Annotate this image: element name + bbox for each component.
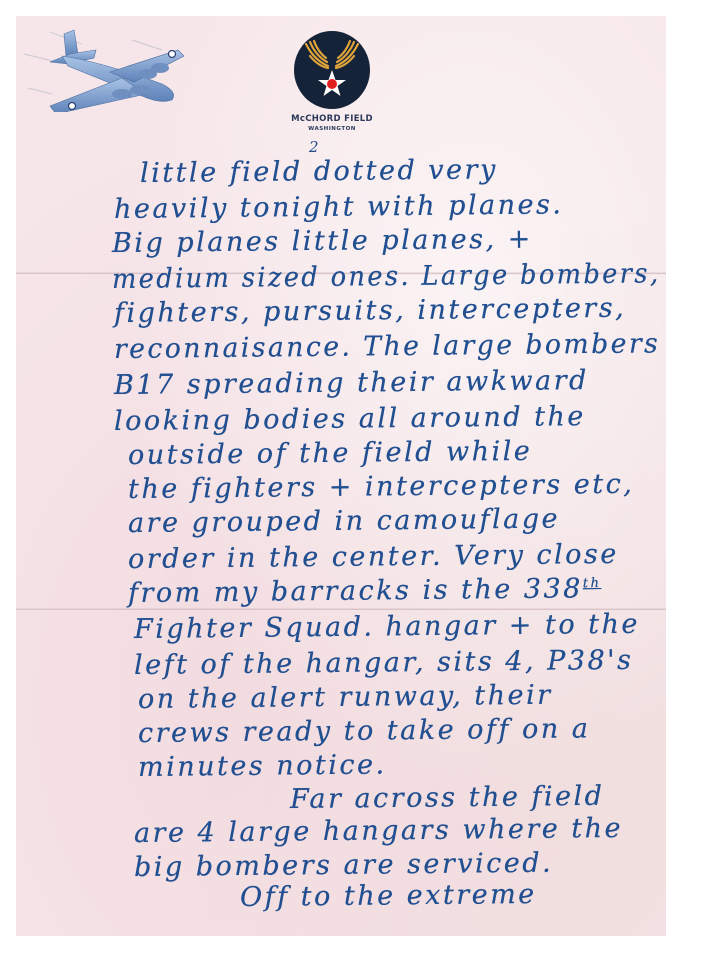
army-air-forces-emblem-icon	[292, 30, 372, 110]
handwritten-line: outside of the field while	[128, 436, 533, 471]
handwritten-line: are 4 large hangars where the	[134, 813, 623, 849]
handwritten-line: order in the center. Very close	[128, 539, 619, 575]
handwritten-line: reconnaisance. The large bombers	[114, 328, 661, 365]
b17-bomber-plane-icon	[22, 22, 192, 112]
handwritten-line: left of the hangar, sits 4, P38's	[134, 645, 634, 681]
handwritten-line: medium sized ones. Large bombers,	[112, 258, 661, 295]
handwritten-line: little field dotted very	[140, 154, 498, 189]
handwritten-line: Big planes little planes, +	[112, 224, 533, 259]
handwritten-line: Far across the field	[290, 781, 605, 815]
handwritten-line: from my barracks is the 338th	[128, 573, 602, 609]
handwritten-line: crews ready to take off on a	[138, 713, 591, 749]
handwritten-line: heavily tonight with planes.	[114, 189, 564, 225]
handwritten-line: Off to the extreme	[240, 879, 537, 913]
ordinal-suffix: th	[583, 576, 602, 591]
handwritten-line: the fighters + intercepters etc,	[128, 469, 635, 505]
letterhead-subtitle: WASHINGTON	[270, 126, 394, 132]
handwritten-line: Fighter Squad. hangar + to the	[134, 609, 640, 645]
handwritten-line: fighters, pursuits, intercepters,	[114, 293, 627, 329]
page-number: 2	[309, 138, 319, 156]
handwritten-line: B17 spreading their awkward	[114, 365, 589, 401]
handwritten-line: are grouped in camouflage	[128, 503, 560, 539]
handwritten-line: big bombers are serviced.	[134, 848, 554, 883]
handwritten-line: on the alert runway, their	[138, 680, 553, 715]
handwritten-line: looking bodies all around the	[114, 401, 586, 437]
handwritten-line: minutes notice.	[138, 749, 387, 783]
letterhead-title: McCHORD FIELD	[270, 114, 394, 124]
